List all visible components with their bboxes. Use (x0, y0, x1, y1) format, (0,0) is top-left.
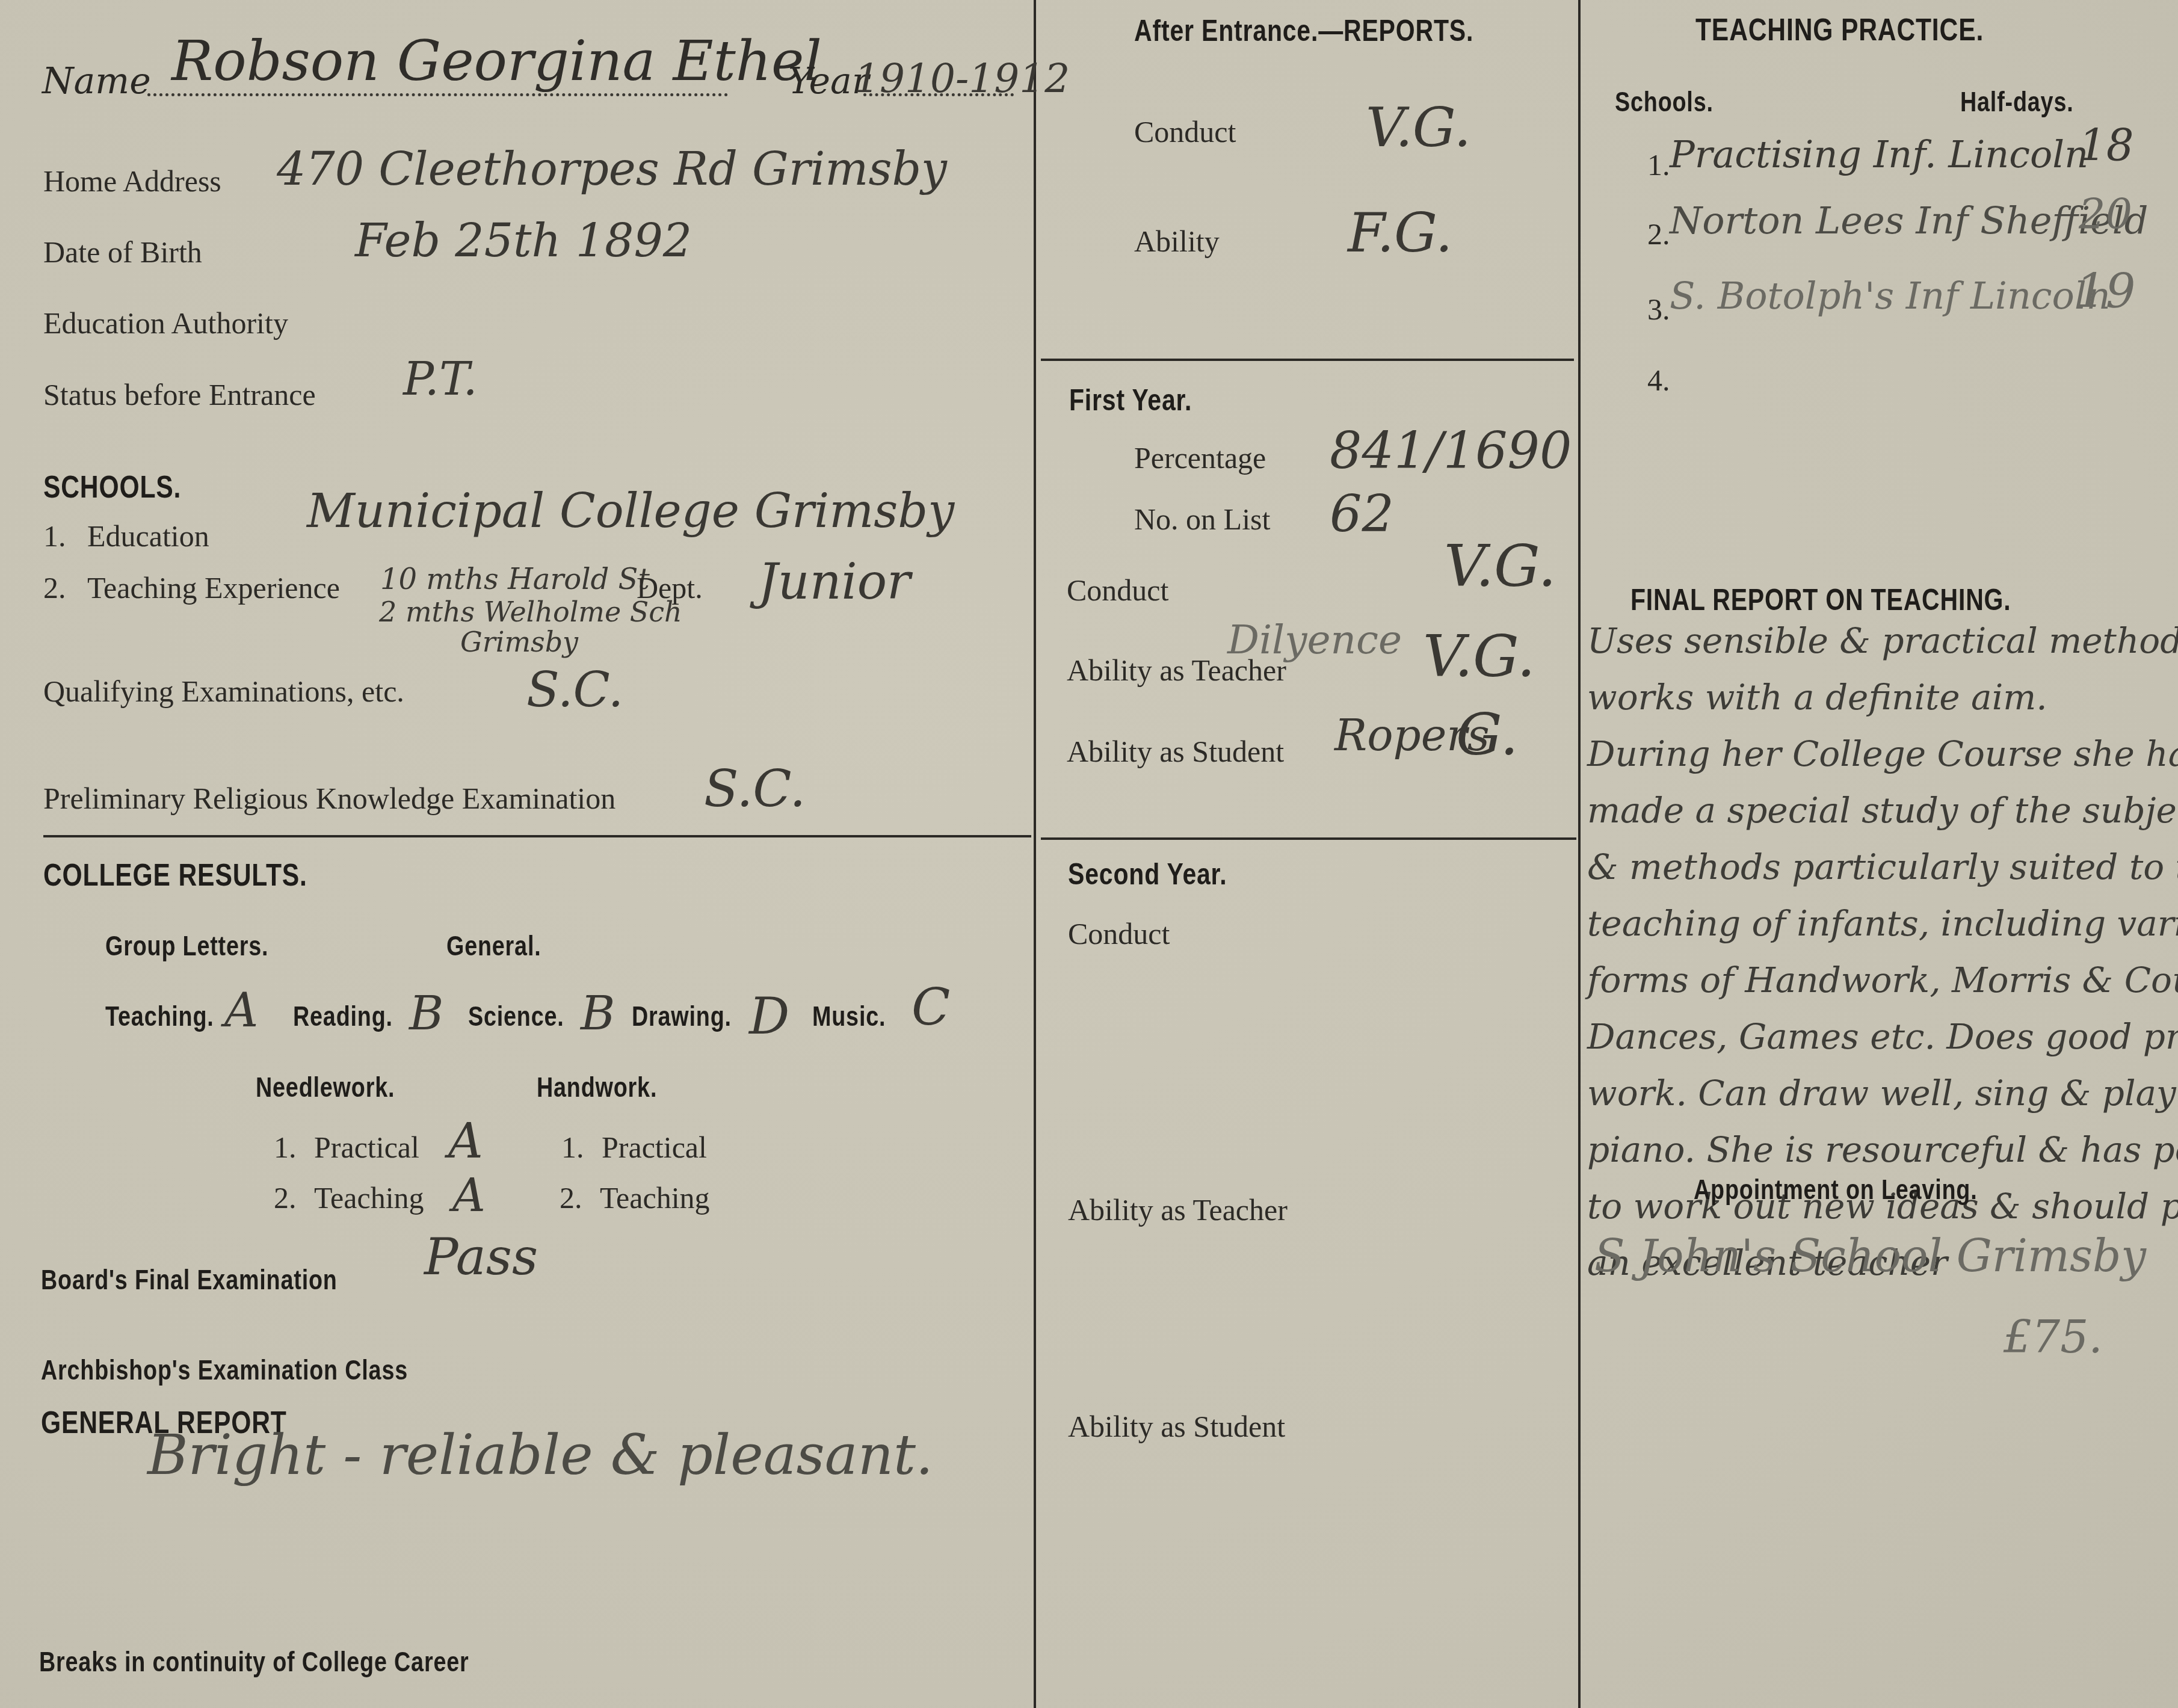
schools-column-label: Schools. (1615, 85, 1714, 118)
second-year-teacher-label: Ability as Teacher (1068, 1192, 1288, 1227)
practice-row-school: S. Botolph's Inf Lincoln (1670, 274, 2111, 318)
handwork-practical-num: 1. (561, 1130, 584, 1165)
after-entrance-heading: After Entrance.—REPORTS. (1134, 13, 1473, 48)
archbishop-exam-label: Archbishop's Examination Class (41, 1354, 408, 1386)
education-num: 1. (43, 519, 66, 553)
after-entrance-ability-value: F.G. (1348, 202, 1452, 265)
final-report-line: forms of Handwork, Morris & Country (1587, 952, 2178, 1008)
final-report-line: made a special study of the subject (1587, 782, 2178, 839)
subject-grade-music: C (912, 978, 950, 1037)
teaching-experience-num: 2. (43, 570, 66, 605)
schools-heading: SCHOOLS. (43, 469, 181, 505)
appointment-salary: £75. (2004, 1312, 2103, 1363)
teaching-experience-label: Teaching Experience (87, 570, 340, 605)
home-address-value: 470 Cleethorpes Rd Grimsby (277, 142, 947, 196)
first-year-student-label: Ability as Student (1067, 734, 1284, 769)
breaks-continuity-label: Breaks in continuity of College Career (39, 1645, 469, 1678)
final-report-line: Uses sensible & practical methods & (1587, 612, 2178, 669)
qualifying-value: S.C. (526, 662, 623, 718)
subject-label-music: Music. (812, 1000, 886, 1032)
after-entrance-conduct-value: V.G. (1366, 96, 1471, 159)
education-label: Education (87, 519, 209, 553)
general-label: General. (446, 930, 541, 962)
group-letters-label: Group Letters. (105, 930, 268, 962)
second-year-conduct-label: Conduct (1068, 916, 1170, 951)
subject-grade-teaching: A (224, 984, 258, 1038)
practice-row-school: Norton Lees Inf Sheffield (1670, 199, 2148, 242)
final-report-line: teaching of infants, including various (1587, 895, 2178, 952)
name-value: Robson Georgina Ethel (171, 29, 822, 93)
column-divider-left (1034, 0, 1036, 1708)
no-on-list-value: 62 (1330, 484, 1394, 543)
column-divider-right (1578, 0, 1581, 1708)
subject-label-teaching: Teaching. (105, 1000, 214, 1032)
needlework-practical-grade: A (448, 1113, 483, 1169)
final-report-line: piano. She is resourceful & has power (1587, 1121, 2178, 1178)
halfdays-column-label: Half-days. (1960, 85, 2073, 118)
year-value: 1910-1912 (854, 55, 1070, 102)
subject-grades-row: Teaching. A Reading. B Science. B Drawin… (105, 987, 1008, 1047)
first-year-conduct-label: Conduct (1067, 573, 1168, 608)
appointment-school: S John's School Grimsby (1594, 1230, 2146, 1282)
college-results-heading: COLLEGE RESULTS. (43, 857, 307, 893)
subject-label-drawing: Drawing. (632, 1000, 732, 1032)
first-year-heading: First Year. (1069, 383, 1192, 418)
after-entrance-ability-label: Ability (1134, 224, 1220, 259)
teaching-experience-value-3: Grimsby (460, 626, 578, 658)
first-year-teacher-value: V.G. (1423, 623, 1535, 690)
dept-label: Dept. (637, 570, 703, 605)
teaching-experience-value-1: 10 mths Harold St (380, 563, 650, 596)
subject-grade-drawing: D (749, 987, 789, 1046)
handwork-teaching-num: 2. (560, 1180, 582, 1215)
needlework-label: Needlework. (256, 1071, 395, 1103)
second-year-heading: Second Year. (1068, 857, 1227, 892)
divider-after-entrance (1041, 359, 1574, 361)
status-value: P.T. (403, 352, 478, 405)
subject-label-reading: Reading. (293, 1000, 393, 1032)
divider-first-year (1041, 837, 1576, 840)
boards-final-label: Board's Final Examination (41, 1263, 338, 1296)
name-field: Name (42, 60, 151, 102)
divider-schools-results (43, 835, 1031, 837)
home-address-label: Home Address (43, 164, 221, 199)
final-report-line: During her College Course she has (1587, 726, 2178, 782)
handwork-practical-label: Practical (602, 1130, 707, 1165)
final-report-line: works with a definite aim. (1587, 669, 2178, 726)
final-report-line: & methods particularly suited to the (1587, 839, 2178, 895)
practice-row-num: 2. (1647, 217, 1670, 251)
name-label: Name (42, 60, 151, 102)
dob-value: Feb 25th 1892 (355, 214, 692, 267)
handwork-label: Handwork. (537, 1071, 657, 1103)
boards-final-value: Pass (424, 1227, 538, 1286)
appointment-heading: Appointment on Leaving. (1694, 1173, 1977, 1206)
education-authority-label: Education Authority (43, 306, 288, 341)
education-value: Municipal College Grimsby (307, 484, 954, 538)
first-year-teacher-label: Ability as Teacher (1067, 653, 1286, 688)
first-year-conduct-value: V.G. (1444, 532, 1556, 600)
needlework-teaching-grade: A (452, 1168, 486, 1222)
needlework-teaching-label: Teaching (314, 1180, 424, 1215)
needlework-practical-num: 1. (274, 1130, 297, 1165)
subject-label-science: Science. (468, 1000, 564, 1032)
second-year-student-label: Ability as Student (1068, 1409, 1285, 1444)
no-on-list-label: No. on List (1134, 502, 1270, 537)
subject-grade-science: B (581, 987, 615, 1041)
qualifying-label: Qualifying Examinations, etc. (43, 674, 404, 709)
practice-row-num: 4. (1647, 363, 1670, 398)
practice-row-num: 3. (1647, 292, 1670, 327)
practice-row-halfdays: 19 (2076, 265, 2135, 319)
needlework-teaching-num: 2. (274, 1180, 297, 1215)
religious-exam-label: Preliminary Religious Knowledge Examinat… (43, 781, 615, 816)
percentage-value: 841/1690 (1330, 421, 1572, 480)
name-dotted-line (147, 93, 728, 96)
practice-row-halfdays: 18 (2079, 120, 2134, 171)
dept-value: Junior (758, 553, 910, 611)
final-report-line: work. Can draw well, sing & play the (1587, 1065, 2178, 1121)
practice-row-num: 1. (1647, 147, 1670, 182)
needlework-practical-label: Practical (314, 1130, 419, 1165)
handwork-teaching-label: Teaching (600, 1180, 710, 1215)
after-entrance-conduct-label: Conduct (1134, 114, 1236, 149)
final-report-line: Dances, Games etc. Does good practical (1587, 1008, 2178, 1065)
percentage-label: Percentage (1134, 440, 1266, 475)
practice-row-school: Practising Inf. Lincoln (1670, 132, 2088, 176)
general-report-text: Bright - reliable & pleasant. (147, 1423, 933, 1487)
subject-grade-reading: B (409, 987, 443, 1041)
practice-row-halfdays: 20 (2079, 190, 2132, 239)
first-year-student-value: G. (1456, 701, 1519, 768)
religious-exam-value: S.C. (704, 759, 806, 818)
teaching-practice-heading: TEACHING PRACTICE. (1695, 12, 1984, 48)
dob-label: Date of Birth (43, 235, 202, 270)
status-label: Status before Entrance (43, 377, 316, 412)
